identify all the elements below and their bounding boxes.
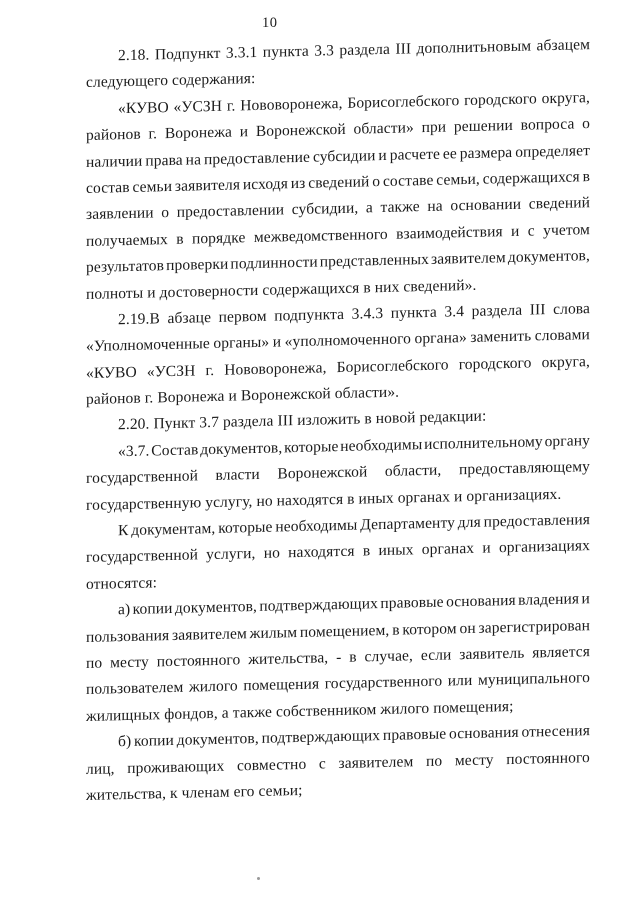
paragraph: б)копиидокументов,подтверждающихправовые… (86, 718, 590, 809)
scan-speck (257, 877, 260, 880)
paragraph: Кдокументам,которыенеобходимыДепартамент… (86, 507, 590, 598)
paragraph: а)копиидокументов,подтверждающихправовые… (86, 586, 590, 730)
paragraph: 2.19.Вабзацепервомподпункта3.4.3пункта3.… (86, 296, 590, 413)
document-page: 10 2.18.Подпункт3.3.1пункта3.3разделаIII… (0, 0, 640, 905)
paragraph: «3.7.Составдокументов,которыенеобходимыи… (86, 428, 590, 519)
paragraph: «КУВО«УСЗНг.Нововоронежа,Борисоглебского… (86, 85, 590, 308)
text-block: 2.18.Подпункт3.3.1пункта3.3разделаIIIдоп… (86, 32, 590, 809)
page-number: 10 (262, 15, 278, 32)
